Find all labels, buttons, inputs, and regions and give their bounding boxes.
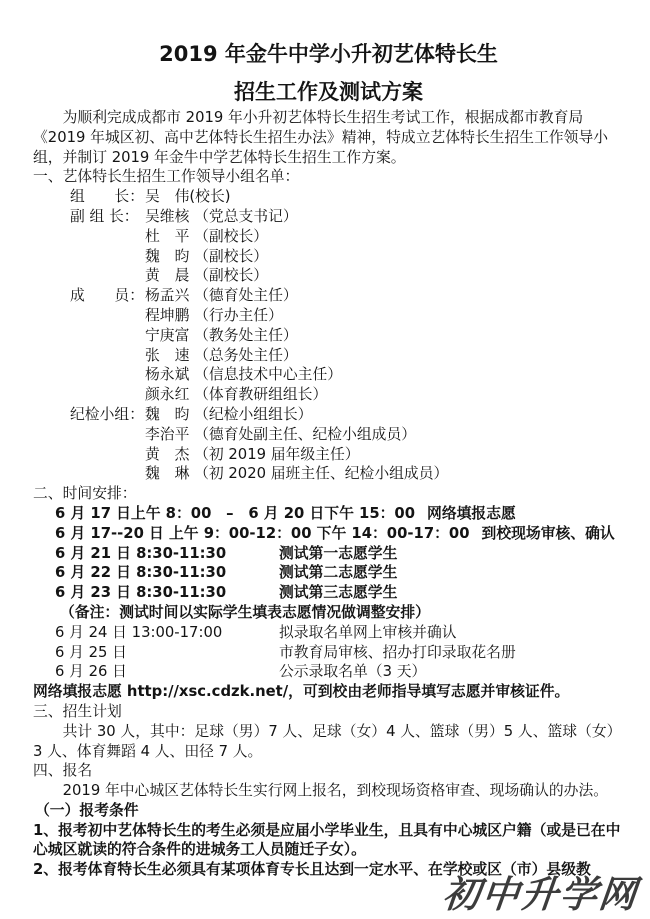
schedule-desc: 公示录取名单（3 天） (279, 662, 426, 682)
schedule-row: 6 月 23 日 8:30-11:30测试第三志愿学生 (55, 583, 624, 603)
watermark-logo: 初中升学网 (441, 876, 640, 913)
roster-row: 组 长：吴 伟(校长) (70, 187, 624, 207)
schedule-time: 6 月 23 日 8:30-11:30 (55, 583, 267, 603)
roster-member-name: 吴 伟(校长) (145, 187, 231, 207)
condition-item: 1、报考初中艺体特长生的考生必须是应届小学毕业生，且具有中心城区户籍（或是已在中… (33, 821, 624, 861)
schedule-row: 6 月 24 日 13:00-17:00拟录取名单网上审核并确认 (55, 623, 624, 643)
schedule-row: 6 月 22 日 8:30-11:30测试第二志愿学生 (55, 563, 624, 583)
roster-member-name: 李治平 （德育处副主任、纪检小组成员） (145, 425, 416, 445)
schedule-row: 6 月 26 日公示录取名单（3 天） (55, 662, 624, 682)
roster-role-label (70, 346, 145, 366)
roster-member-name: 黄 晨 （副校长） (145, 266, 268, 286)
roster-row: 副 组 长：吴维核 （党总支书记） (70, 207, 624, 227)
page-title: 2019 年金牛中学小升初艺体特长生 (33, 42, 624, 66)
roster-member-name: 杨永斌 （信息技术中心主任） (145, 365, 342, 385)
roster-role-label (70, 227, 145, 247)
schedule-time: 6 月 21 日 8:30-11:30 (55, 544, 267, 564)
roster-role-label: 副 组 长： (70, 207, 145, 227)
schedule-list: 6 月 17 日上午 8：00 – 6 月 20 日下午 15：00网络填报志愿… (33, 504, 624, 682)
roster-member-name: 魏 琳 （初 2020 届班主任、纪检小组成员） (145, 464, 448, 484)
schedule-desc: 测试第三志愿学生 (279, 583, 397, 603)
roster-row: 颜永红 （体育教研组组长） (70, 385, 624, 405)
roster-role-label (70, 306, 145, 326)
roster-member-name: 杜 平 （副校长） (145, 227, 268, 247)
roster-member-name: 程坤鹏 （行办主任） (145, 306, 283, 326)
section4-heading: 四、报名 (33, 761, 624, 781)
schedule-row: 6 月 17 日上午 8：00 – 6 月 20 日下午 15：00网络填报志愿 (55, 504, 624, 524)
schedule-time: 6 月 25 日 (55, 643, 267, 663)
roster-member-name: 宁庚富 （教务处主任） (145, 326, 298, 346)
roster-role-label (70, 425, 145, 445)
roster-row: 魏 昀 （副校长） (70, 247, 624, 267)
page-subtitle: 招生工作及测试方案 (33, 80, 624, 104)
section3-heading: 三、招生计划 (33, 702, 624, 722)
roster-role-label (70, 445, 145, 465)
conditions-subheading: （一）报考条件 (35, 801, 624, 821)
roster-row: 杜 平 （副校长） (70, 227, 624, 247)
registration-method-text: 2019 年中心城区艺体特长生实行网上报名，到校现场资格审查、现场确认的办法。 (33, 781, 624, 801)
roster-role-label (70, 266, 145, 286)
roster-member-name: 颜永红 （体育教研组组长） (145, 385, 327, 405)
intro-paragraph: 为顺利完成成都市 2019 年小升初艺体特长生招生考试工作，根据成都市教育局《2… (33, 108, 624, 167)
schedule-time: 6 月 22 日 8:30-11:30 (55, 563, 267, 583)
roster-row: 黄 晨 （副校长） (70, 266, 624, 286)
schedule-desc: 拟录取名单网上审核并确认 (279, 623, 457, 643)
roster-role-label: 成 员： (70, 286, 145, 306)
roster-role-label: 纪检小组： (70, 405, 145, 425)
roster-row: 李治平 （德育处副主任、纪检小组成员） (70, 425, 624, 445)
schedule-time: 6 月 17 日上午 8：00 – 6 月 20 日下午 15：00 (55, 504, 415, 524)
schedule-time: 6 月 17--20 日 上午 9：00-12：00 下午 14：00-17：0… (55, 524, 470, 544)
online-application-note: 网络填报志愿 http://xsc.cdzk.net/，可到校由老师指导填写志愿… (33, 682, 624, 702)
roster-role-label (70, 247, 145, 267)
schedule-note: （备注：测试时间以实际学生填表志愿情况做调整安排） (60, 603, 430, 623)
schedule-desc: 测试第二志愿学生 (279, 563, 397, 583)
roster-row: 程坤鹏 （行办主任） (70, 306, 624, 326)
schedule-row: 6 月 21 日 8:30-11:30测试第一志愿学生 (55, 544, 624, 564)
schedule-desc: 网络填报志愿 (427, 504, 516, 524)
roster-role-label: 组 长： (70, 187, 145, 207)
roster-member-name: 杨孟兴 （德育处主任） (145, 286, 298, 306)
section1-heading: 一、艺体特长生招生工作领导小组名单： (33, 167, 624, 187)
schedule-time: 6 月 26 日 (55, 662, 267, 682)
roster-list: 组 长：吴 伟(校长)副 组 长：吴维核 （党总支书记）杜 平 （副校长）魏 昀… (33, 187, 624, 484)
document-page: 2019 年金牛中学小升初艺体特长生 招生工作及测试方案 为顺利完成成都市 20… (0, 0, 650, 919)
schedule-row: 6 月 17--20 日 上午 9：00-12：00 下午 14：00-17：0… (55, 524, 624, 544)
roster-member-name: 张 速 （总务处主任） (145, 346, 298, 366)
schedule-time: 6 月 24 日 13:00-17:00 (55, 623, 267, 643)
schedule-desc: 到校现场审核、确认 (482, 524, 615, 544)
schedule-desc: 市教育局审核、招办打印录取花名册 (279, 643, 516, 663)
roster-row: 杨永斌 （信息技术中心主任） (70, 365, 624, 385)
roster-member-name: 吴维核 （党总支书记） (145, 207, 298, 227)
roster-row: 魏 琳 （初 2020 届班主任、纪检小组成员） (70, 464, 624, 484)
roster-role-label (70, 464, 145, 484)
schedule-desc: 测试第一志愿学生 (279, 544, 397, 564)
roster-member-name: 魏 昀 （纪检小组组长） (145, 405, 312, 425)
roster-role-label (70, 385, 145, 405)
roster-role-label (70, 365, 145, 385)
roster-row: 张 速 （总务处主任） (70, 346, 624, 366)
enrollment-plan-text: 共计 30 人，其中：足球（男）7 人、足球（女）4 人、篮球（男）5 人、篮球… (33, 722, 624, 762)
section2-heading: 二、时间安排： (33, 484, 624, 504)
roster-row: 黄 杰 （初 2019 届年级主任） (70, 445, 624, 465)
roster-member-name: 黄 杰 （初 2019 届年级主任） (145, 445, 360, 465)
roster-row: 纪检小组：魏 昀 （纪检小组组长） (70, 405, 624, 425)
roster-row: 成 员：杨孟兴 （德育处主任） (70, 286, 624, 306)
schedule-row: （备注：测试时间以实际学生填表志愿情况做调整安排） (55, 603, 624, 623)
roster-row: 宁庚富 （教务处主任） (70, 326, 624, 346)
schedule-row: 6 月 25 日市教育局审核、招办打印录取花名册 (55, 643, 624, 663)
roster-member-name: 魏 昀 （副校长） (145, 247, 268, 267)
roster-role-label (70, 326, 145, 346)
